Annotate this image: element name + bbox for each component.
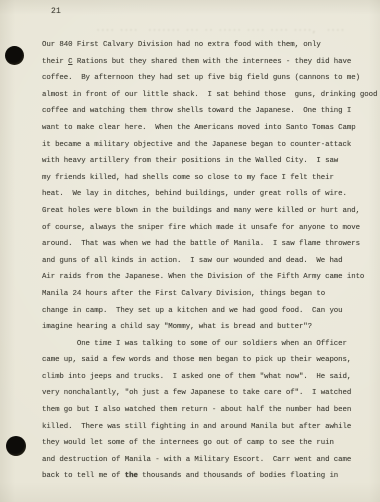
text-line: and guns of all kinds in action. I saw o… xyxy=(42,253,372,270)
text-line: their C Rations but they shared them wit… xyxy=(42,54,372,71)
text-line: One time I was talking to some of our so… xyxy=(42,336,372,353)
text-line: came up, said a few words and those men … xyxy=(42,352,372,369)
text-line: it became a military objective and the J… xyxy=(42,137,372,154)
text-line: killed. There was still fighting in and … xyxy=(42,419,372,436)
scanned-typewritten-page: 21 ···· ···· ······· ··· ·· ····· ···· ·… xyxy=(0,0,380,502)
text-line: and destruction of Manila - with a Milit… xyxy=(42,452,372,469)
text-line: around. That was when we had the battle … xyxy=(42,236,372,253)
text-line: Great holes were blown in the buildings … xyxy=(42,203,372,220)
text-line: my friends killed, had shells come so cl… xyxy=(42,170,372,187)
text-line: them go but I also watched them return -… xyxy=(42,402,372,419)
hole-punch-top xyxy=(5,46,24,65)
hole-punch-bottom xyxy=(6,436,26,456)
typewritten-lines: Our 840 First Calvary Division had no ex… xyxy=(42,37,372,485)
text-line: heat. We lay in ditches, behind building… xyxy=(42,186,372,203)
text-line: back to tell me of the thousands and tho… xyxy=(42,468,372,485)
text-line: want to make clear here. When the Americ… xyxy=(42,120,372,137)
text-segment: Rations but they shared them with the in… xyxy=(73,58,352,66)
text-segment: back to tell me of xyxy=(42,472,125,480)
text-line: coffee and watching them throw shells to… xyxy=(42,103,372,120)
text-line: they would let some of the internees go … xyxy=(42,435,372,452)
text-line: almost in front of our little shack. I s… xyxy=(42,87,372,104)
text-line: Our 840 First Calvary Division had no ex… xyxy=(42,37,372,54)
text-line: coffee. By afternoon they had set up fiv… xyxy=(42,70,372,87)
text-line: of course, always the sniper fire which … xyxy=(42,220,372,237)
text-line: Air raids from the Japanese. When the Di… xyxy=(42,269,372,286)
text-segment: thousands and thousands of bodies floati… xyxy=(138,472,338,480)
text-line: Manila 24 hours after the First Calvary … xyxy=(42,286,372,303)
ghost-text-line: ···· ···· ······· ··· ·· ····· ···· ····… xyxy=(96,27,364,35)
bold-text: the xyxy=(125,472,138,480)
text-line: change in camp. They set up a kitchen an… xyxy=(42,303,372,320)
text-line: very nonchalantly, "oh just a few Japane… xyxy=(42,385,372,402)
text-segment: their xyxy=(42,58,68,66)
text-line: imagine hearing a child say "Mommy, what… xyxy=(42,319,372,336)
text-line: with heavy artillery from their position… xyxy=(42,153,372,170)
page-number: 21 xyxy=(51,7,61,16)
text-line: climb into jeeps and trucks. I asked one… xyxy=(42,369,372,386)
